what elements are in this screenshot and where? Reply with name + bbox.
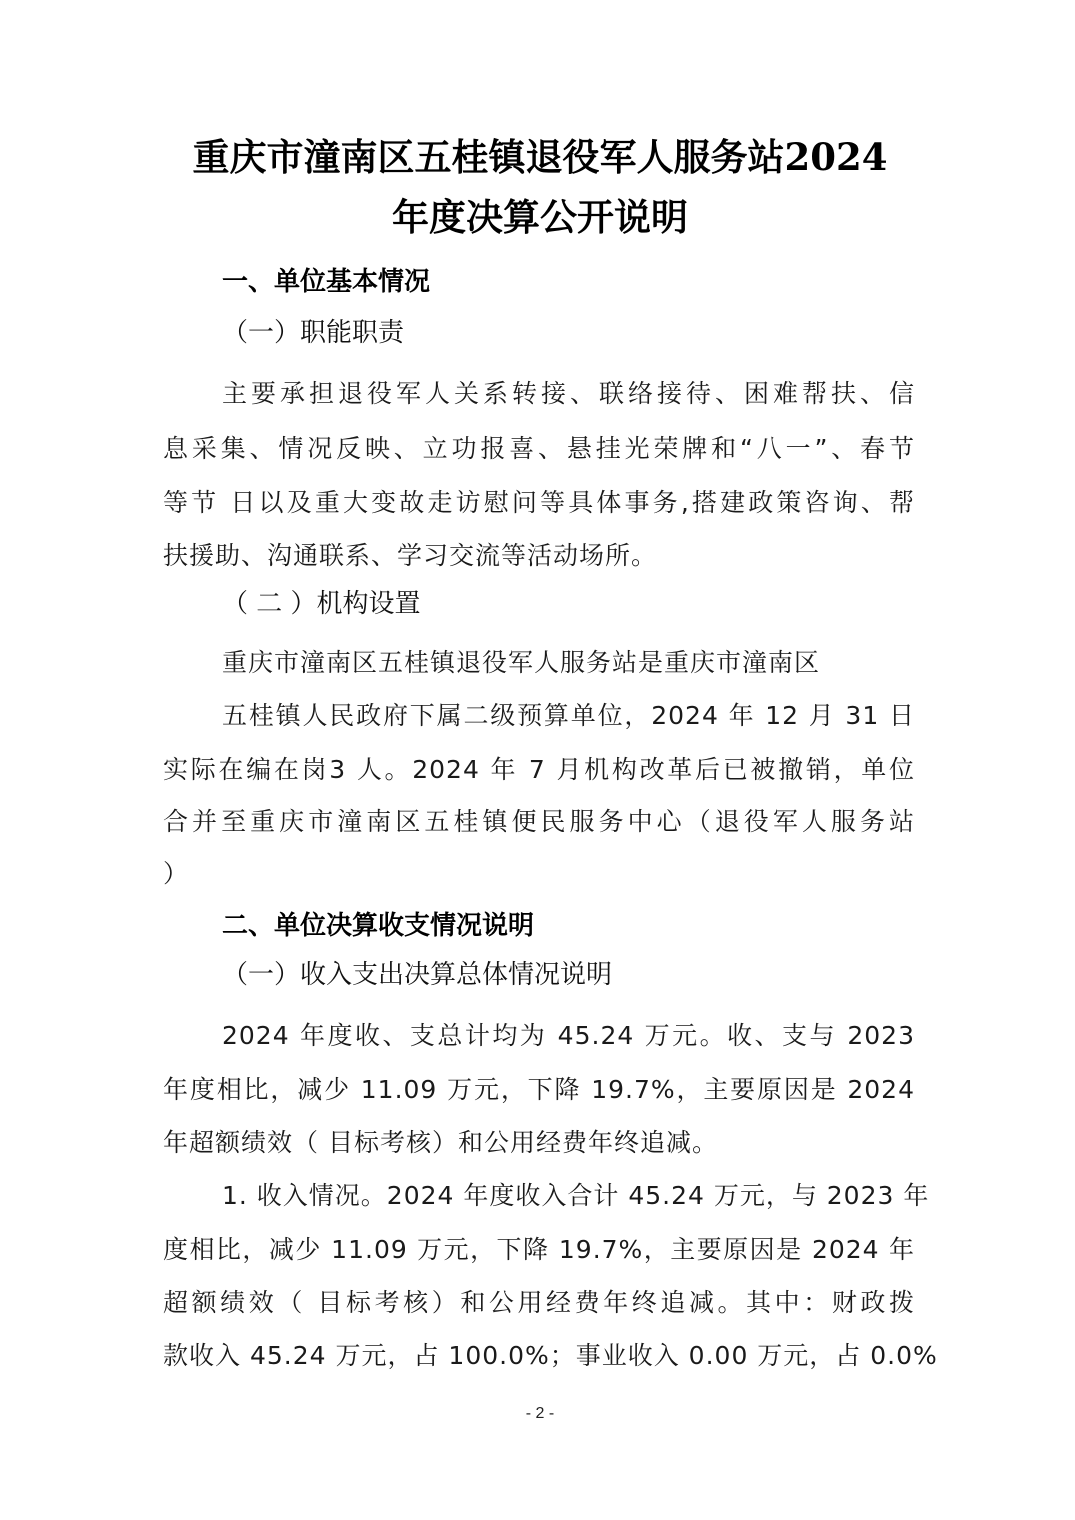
duties-line: 息采集、情况反映、立功报喜、悬挂光荣牌和“八一”、春节 xyxy=(163,434,915,464)
duties-line: 等节 日以及重大变故走访慰问等具体事务,搭建政策咨询、帮 xyxy=(163,488,915,518)
income-line: 度相比，减少 11.09 万元，下降 19.7%，主要原因是 2024 年 xyxy=(163,1235,915,1265)
document-page: 重庆市潼南区五桂镇退役军人服务站2024 年度决算公开说明 一、单位基本情况 （… xyxy=(0,0,1075,1520)
section1-heading: 一、单位基本情况 xyxy=(222,267,430,297)
section2-sub1-heading: （一）收入支出决算总体情况说明 xyxy=(222,960,612,990)
section1-sub2-heading: （ 二 ）机构设置 xyxy=(222,589,421,619)
section2-heading: 二、单位决算收支情况说明 xyxy=(222,911,534,941)
summary-line: 年度相比，减少 11.09 万元，下降 19.7%，主要原因是 2024 xyxy=(163,1075,915,1105)
page-number: - 2 - xyxy=(480,1405,600,1423)
duties-line: 主要承担退役军人关系转接、联络接待、困难帮扶、信 xyxy=(222,379,915,409)
income-line: 1. 收入情况。2024 年度收入合计 45.24 万元，与 2023 年 xyxy=(222,1181,915,1211)
org-line: 重庆市潼南区五桂镇退役军人服务站是重庆市潼南区 xyxy=(222,648,915,678)
org-line: 合并至重庆市潼南区五桂镇便民服务中心（退役军人服务站 xyxy=(163,807,915,837)
income-line: 款收入 45.24 万元，占 100.0%；事业收入 0.00 万元，占 0.0… xyxy=(163,1341,915,1371)
section1-sub1-heading: （一）职能职责 xyxy=(222,318,404,348)
document-title-line2: 年度决算公开说明 xyxy=(160,197,920,237)
duties-line: 扶援助、沟通联系、学习交流等活动场所。 xyxy=(163,541,915,571)
org-line: 五桂镇人民政府下属二级预算单位，2024 年 12 月 31 日 xyxy=(222,701,915,731)
summary-line: 年超额绩效（ 目标考核）和公用经费年终追减。 xyxy=(163,1128,915,1158)
document-title-line1: 重庆市潼南区五桂镇退役军人服务站2024 xyxy=(160,137,920,177)
income-line: 超额绩效（ 目标考核）和公用经费年终追减。其中：财政拨 xyxy=(163,1288,915,1318)
summary-line: 2024 年度收、支总计均为 45.24 万元。收、支与 2023 xyxy=(222,1021,915,1051)
org-line: ） xyxy=(163,859,915,889)
org-line: 实际在编在岗3 人。2024 年 7 月机构改革后已被撤销，单位 xyxy=(163,755,915,785)
